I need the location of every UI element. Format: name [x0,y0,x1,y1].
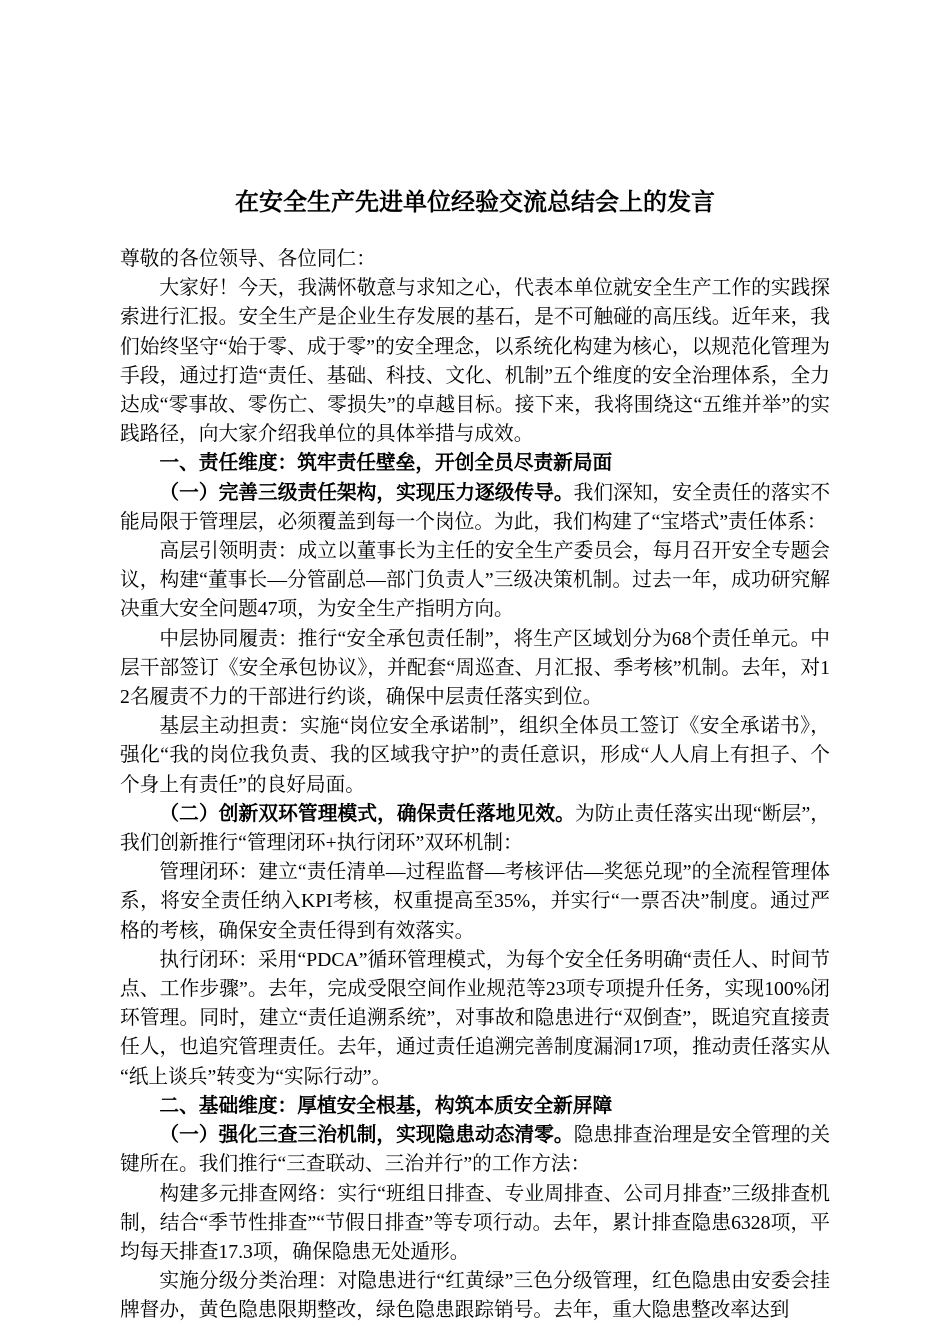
paragraph-bold-lead: （二）创新双环管理模式，确保责任落地见效。 [159,803,575,825]
paragraph: 大家好！今天，我满怀敬意与求知之心，代表本单位就安全生产工作的实践探索进行汇报。… [120,274,830,449]
document-page: 在安全生产先进单位经验交流总结会上的发言 尊敬的各位领导、各位同仁：大家好！今天… [0,0,950,1344]
paragraph: （一）完善三级责任架构，实现压力逐级传导。我们深知，安全责任的落实不能局限于管理… [120,479,830,537]
paragraph: 高层引领明责：成立以董事长为主任的安全生产委员会，每月召开安全专题会议，构建“董… [120,537,830,625]
paragraph: 中层协同履责：推行“安全承包责任制”，将生产区域划分为68个责任单元。中层干部签… [120,625,830,713]
document-title: 在安全生产先进单位经验交流总结会上的发言 [120,188,830,218]
salutation-line: 尊敬的各位领导、各位同仁： [120,245,830,274]
paragraph: 执行闭环：采用“PDCA”循环管理模式，为每个安全任务明确“责任人、时间节点、工… [120,946,830,1092]
paragraph: 基层主动担责：实施“岗位安全承诺制”，组织全体员工签订《安全承诺书》，强化“我的… [120,712,830,800]
paragraph: 实施分级分类治理：对隐患进行“红黄绿”三色分级管理，红色隐患由安委会挂牌督办，黄… [120,1267,830,1325]
document-body: 尊敬的各位领导、各位同仁：大家好！今天，我满怀敬意与求知之心，代表本单位就安全生… [120,245,830,1326]
paragraph: 构建多元排查网络：实行“班组日排查、专业周排查、公司月排查”三级排查机制，结合“… [120,1180,830,1268]
paragraph: （一）强化三查三治机制，实现隐患动态清零。隐患排查治理是安全管理的关键所在。我们… [120,1121,830,1179]
paragraph: （二）创新双环管理模式，确保责任落地见效。为防止责任落实出现“断层”，我们创新推… [120,800,830,858]
paragraph: 管理闭环：建立“责任清单—过程监督—考核评估—奖惩兑现”的全流程管理体系，将安全… [120,858,830,946]
paragraph-bold-lead: （一）完善三级责任架构，实现压力逐级传导。 [159,482,573,504]
section-heading: 二、基础维度：厚植安全根基，构筑本质安全新屏障 [120,1092,830,1121]
section-heading: 一、责任维度：筑牢责任壁垒，开创全员尽责新局面 [120,449,830,478]
paragraph-bold-lead: （一）强化三查三治机制，实现隐患动态清零。 [159,1124,573,1146]
